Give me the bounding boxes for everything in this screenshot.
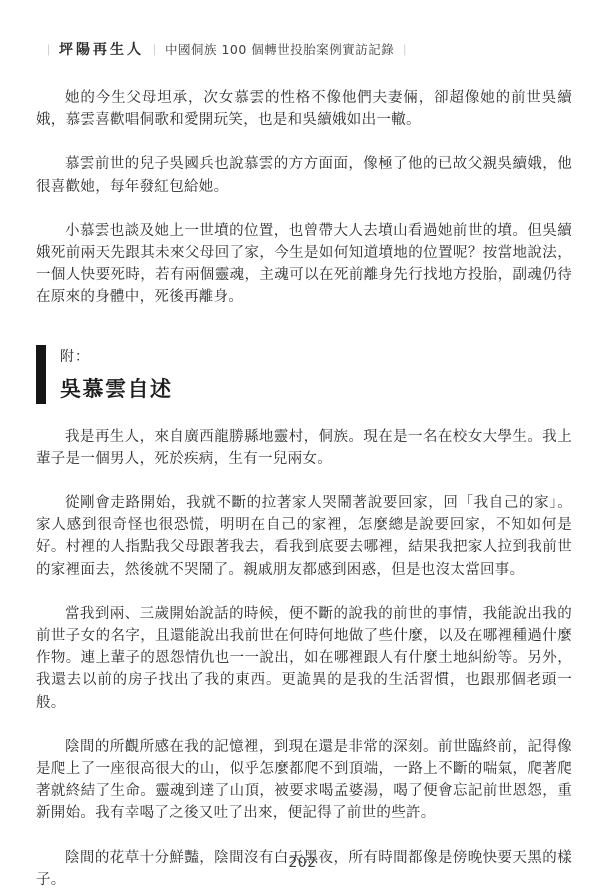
paragraph: 她的今生父母坦承，次女慕雲的性格不像他們夫妻倆，卻超像她的前世吳續娥，慕雲喜歡唱… — [36, 87, 572, 131]
section-heading-texts: 附： 吳慕雲自述 — [60, 345, 173, 404]
header-separator: ｜ — [394, 42, 415, 58]
book-page: ｜ 坪陽再生人 ｜ 中國侗族 100 個轉世投胎案例實訪記錄 ｜ 她的今生父母坦… — [0, 0, 605, 896]
book-title: 坪陽再生人 — [59, 39, 144, 59]
paragraph: 慕雲前世的兒子吳國兵也說慕雲的方方面面，像極了他的已故父親吳續娥，他很喜歡她，每… — [36, 153, 572, 197]
paragraph: 從剛會走路開始，我就不斷的拉著家人哭鬧著說要回家，回「我自己的家」。家人感到很奇… — [36, 492, 572, 581]
paragraph: 我是再生人，來自廣西龍勝縣地靈村，侗族。現在是一名在校女大學生。我上輩子是一個男… — [36, 426, 572, 470]
paragraph: 小慕雲也談及她上一世墳的位置，也曾帶大人去墳山看過她前世的墳。但吳續娥死前兩天先… — [36, 220, 572, 309]
header-separator: ｜ — [144, 42, 165, 58]
paragraph: 陰間的所觀所感在我的記憶裡，到現在還是非常的深刻。前世臨終前，記得像是爬上了一座… — [36, 736, 572, 825]
header-separator: ｜ — [38, 42, 59, 58]
page-number: 202 — [0, 855, 605, 871]
book-subtitle: 中國侗族 100 個轉世投胎案例實訪記錄 — [165, 40, 394, 58]
running-head: ｜ 坪陽再生人 ｜ 中國侗族 100 個轉世投胎案例實訪記錄 ｜ — [38, 39, 415, 59]
section-title: 吳慕雲自述 — [60, 373, 173, 403]
section-heading: 附： 吳慕雲自述 — [36, 345, 572, 404]
section-label: 附： — [60, 346, 173, 366]
section-heading-bar — [36, 345, 46, 404]
paragraph: 當我到兩、三歲開始說話的時候，便不斷的說我的前世的事情，我能說出我的前世子女的名… — [36, 603, 572, 714]
page-body: 她的今生父母坦承，次女慕雲的性格不像他們夫妻倆，卻超像她的前世吳續娥，慕雲喜歡唱… — [36, 87, 572, 891]
